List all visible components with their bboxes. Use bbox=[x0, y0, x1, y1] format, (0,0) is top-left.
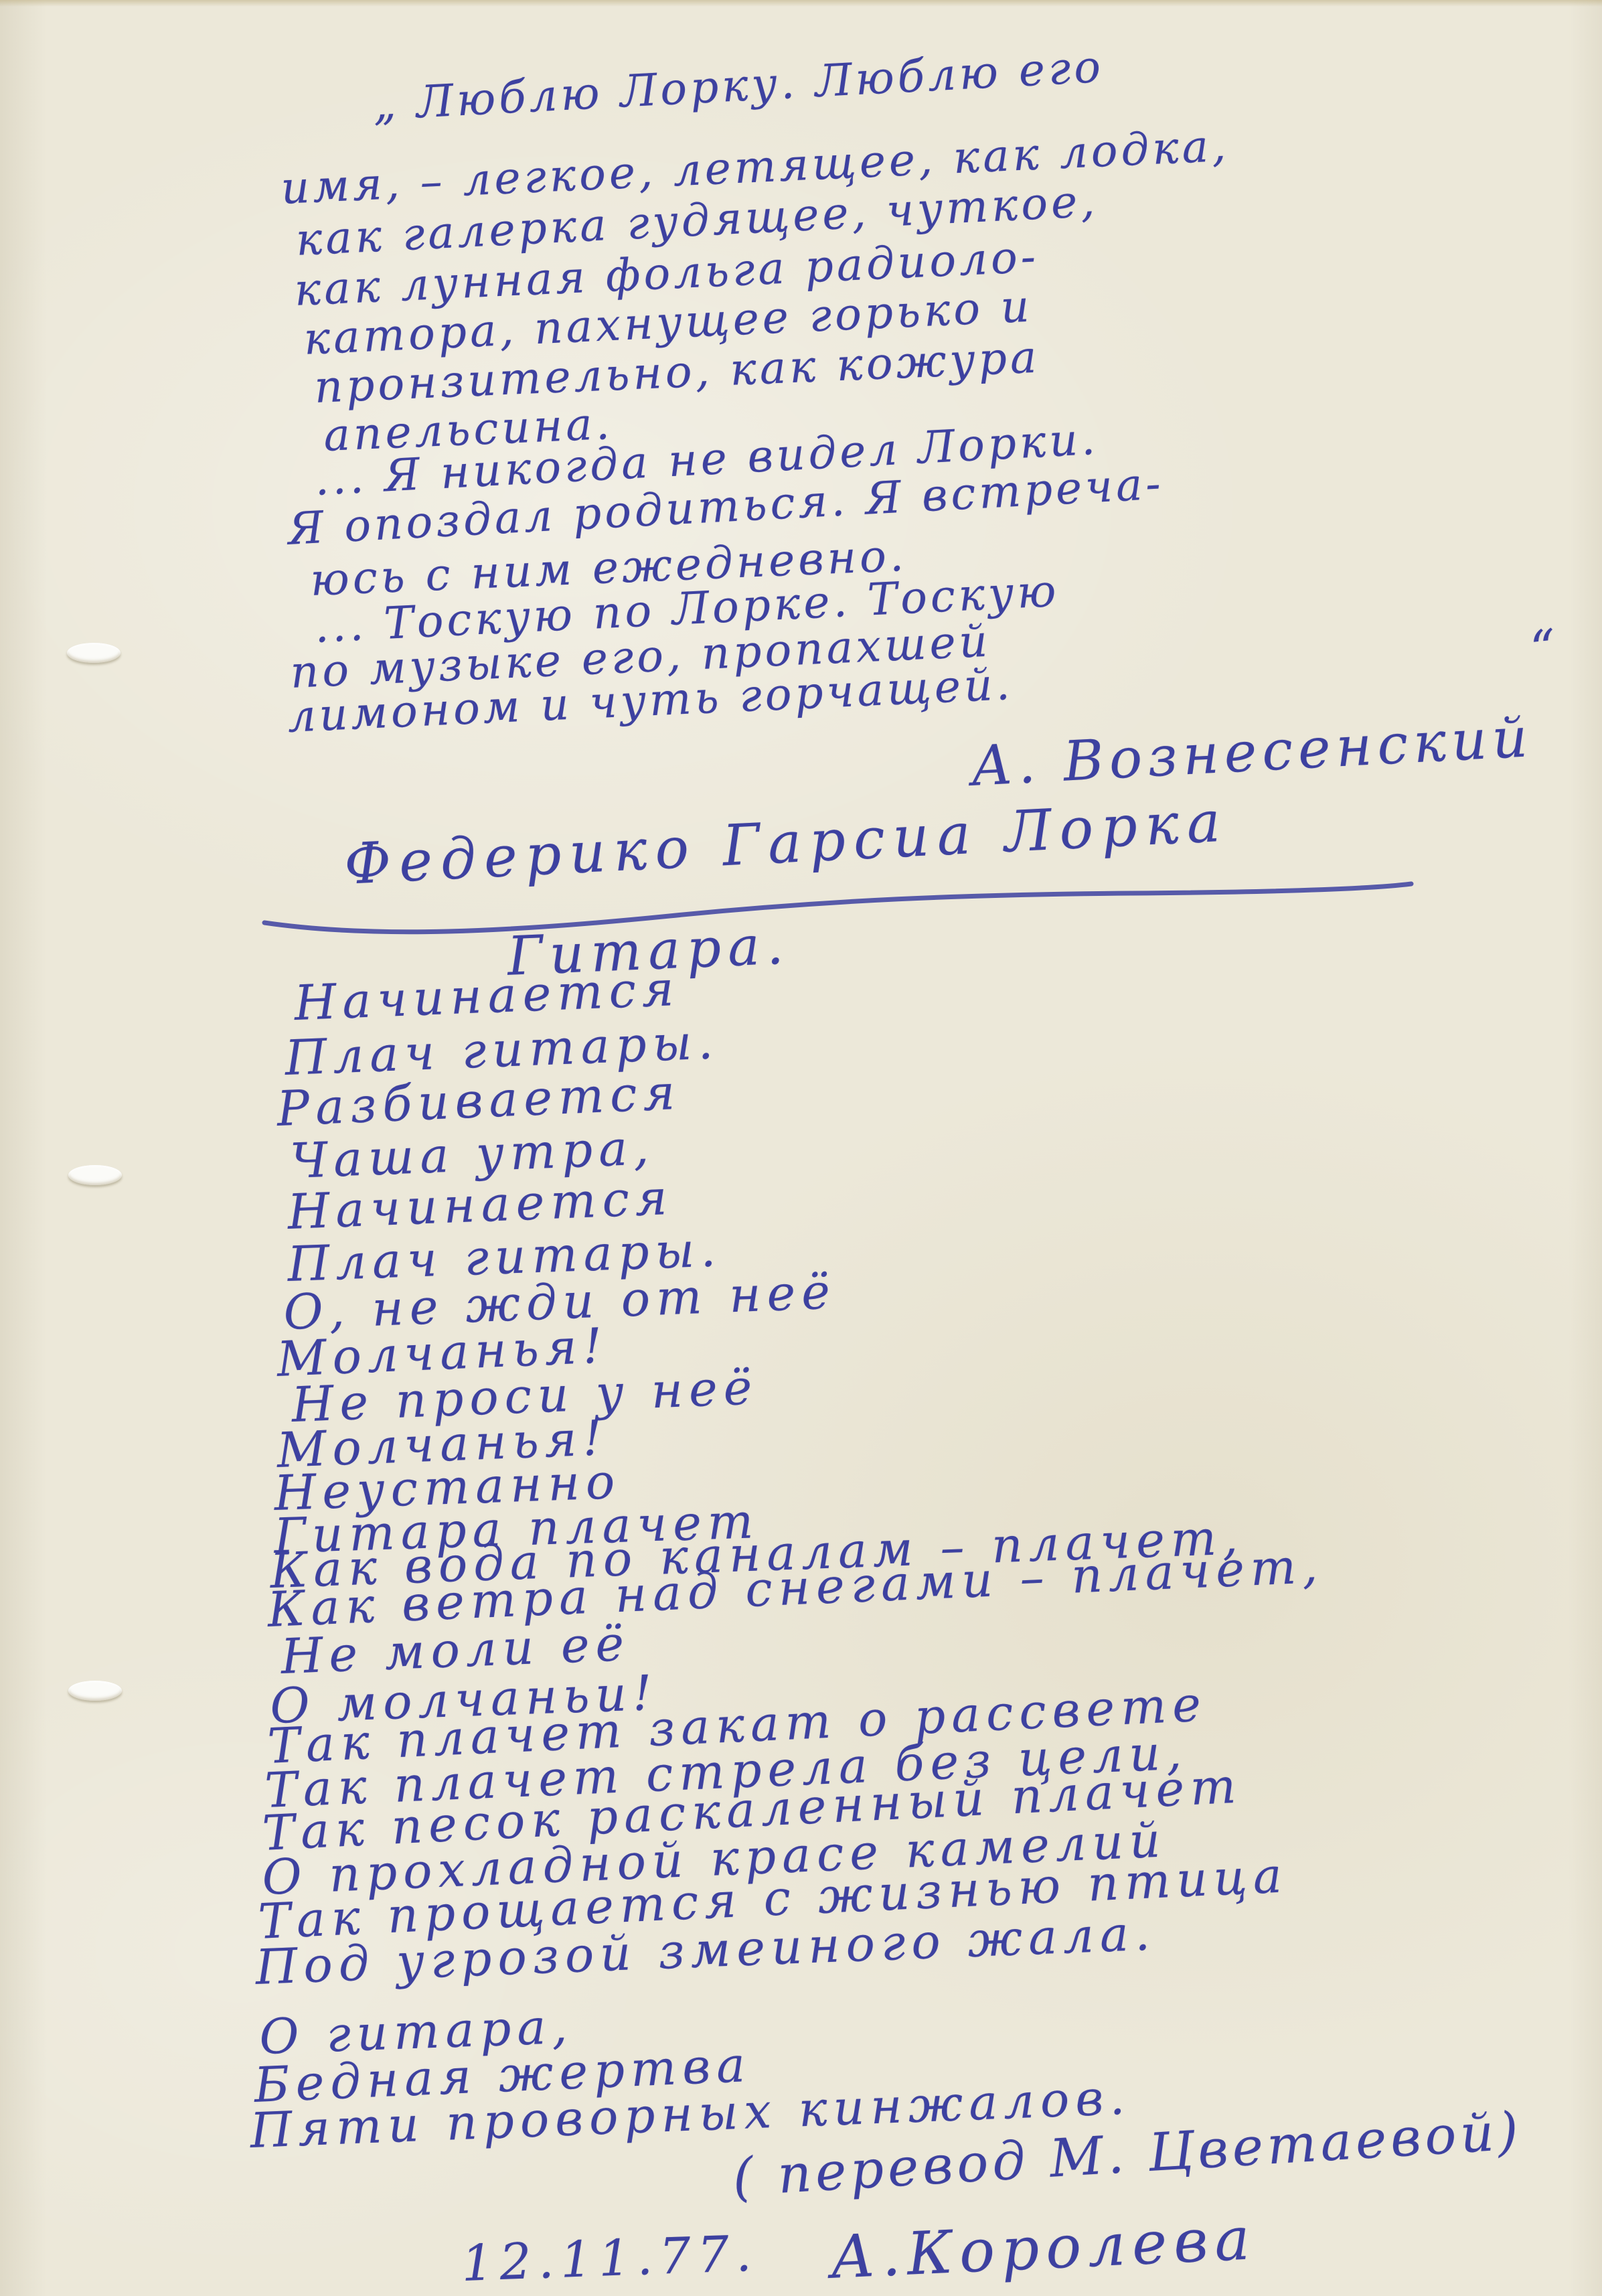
punch-hole-bottom bbox=[68, 1681, 122, 1701]
quote-line-1: „ Люблю Лорку. Люблю его bbox=[372, 41, 1105, 131]
punch-hole-middle bbox=[68, 1165, 122, 1185]
manuscript-paper: „ Люблю Лорку. Люблю его имя, – легкое, … bbox=[0, 0, 1602, 2296]
quote-attribution: А. Вознесенский bbox=[969, 706, 1534, 799]
closing-quote-mark: “ bbox=[1528, 619, 1559, 678]
date: 12.11.77. bbox=[461, 2225, 759, 2293]
signature: А.Королева bbox=[829, 2204, 1258, 2292]
punch-hole-top bbox=[67, 643, 121, 663]
poet-name: Федерико Гарсиа Лорка bbox=[343, 788, 1230, 897]
